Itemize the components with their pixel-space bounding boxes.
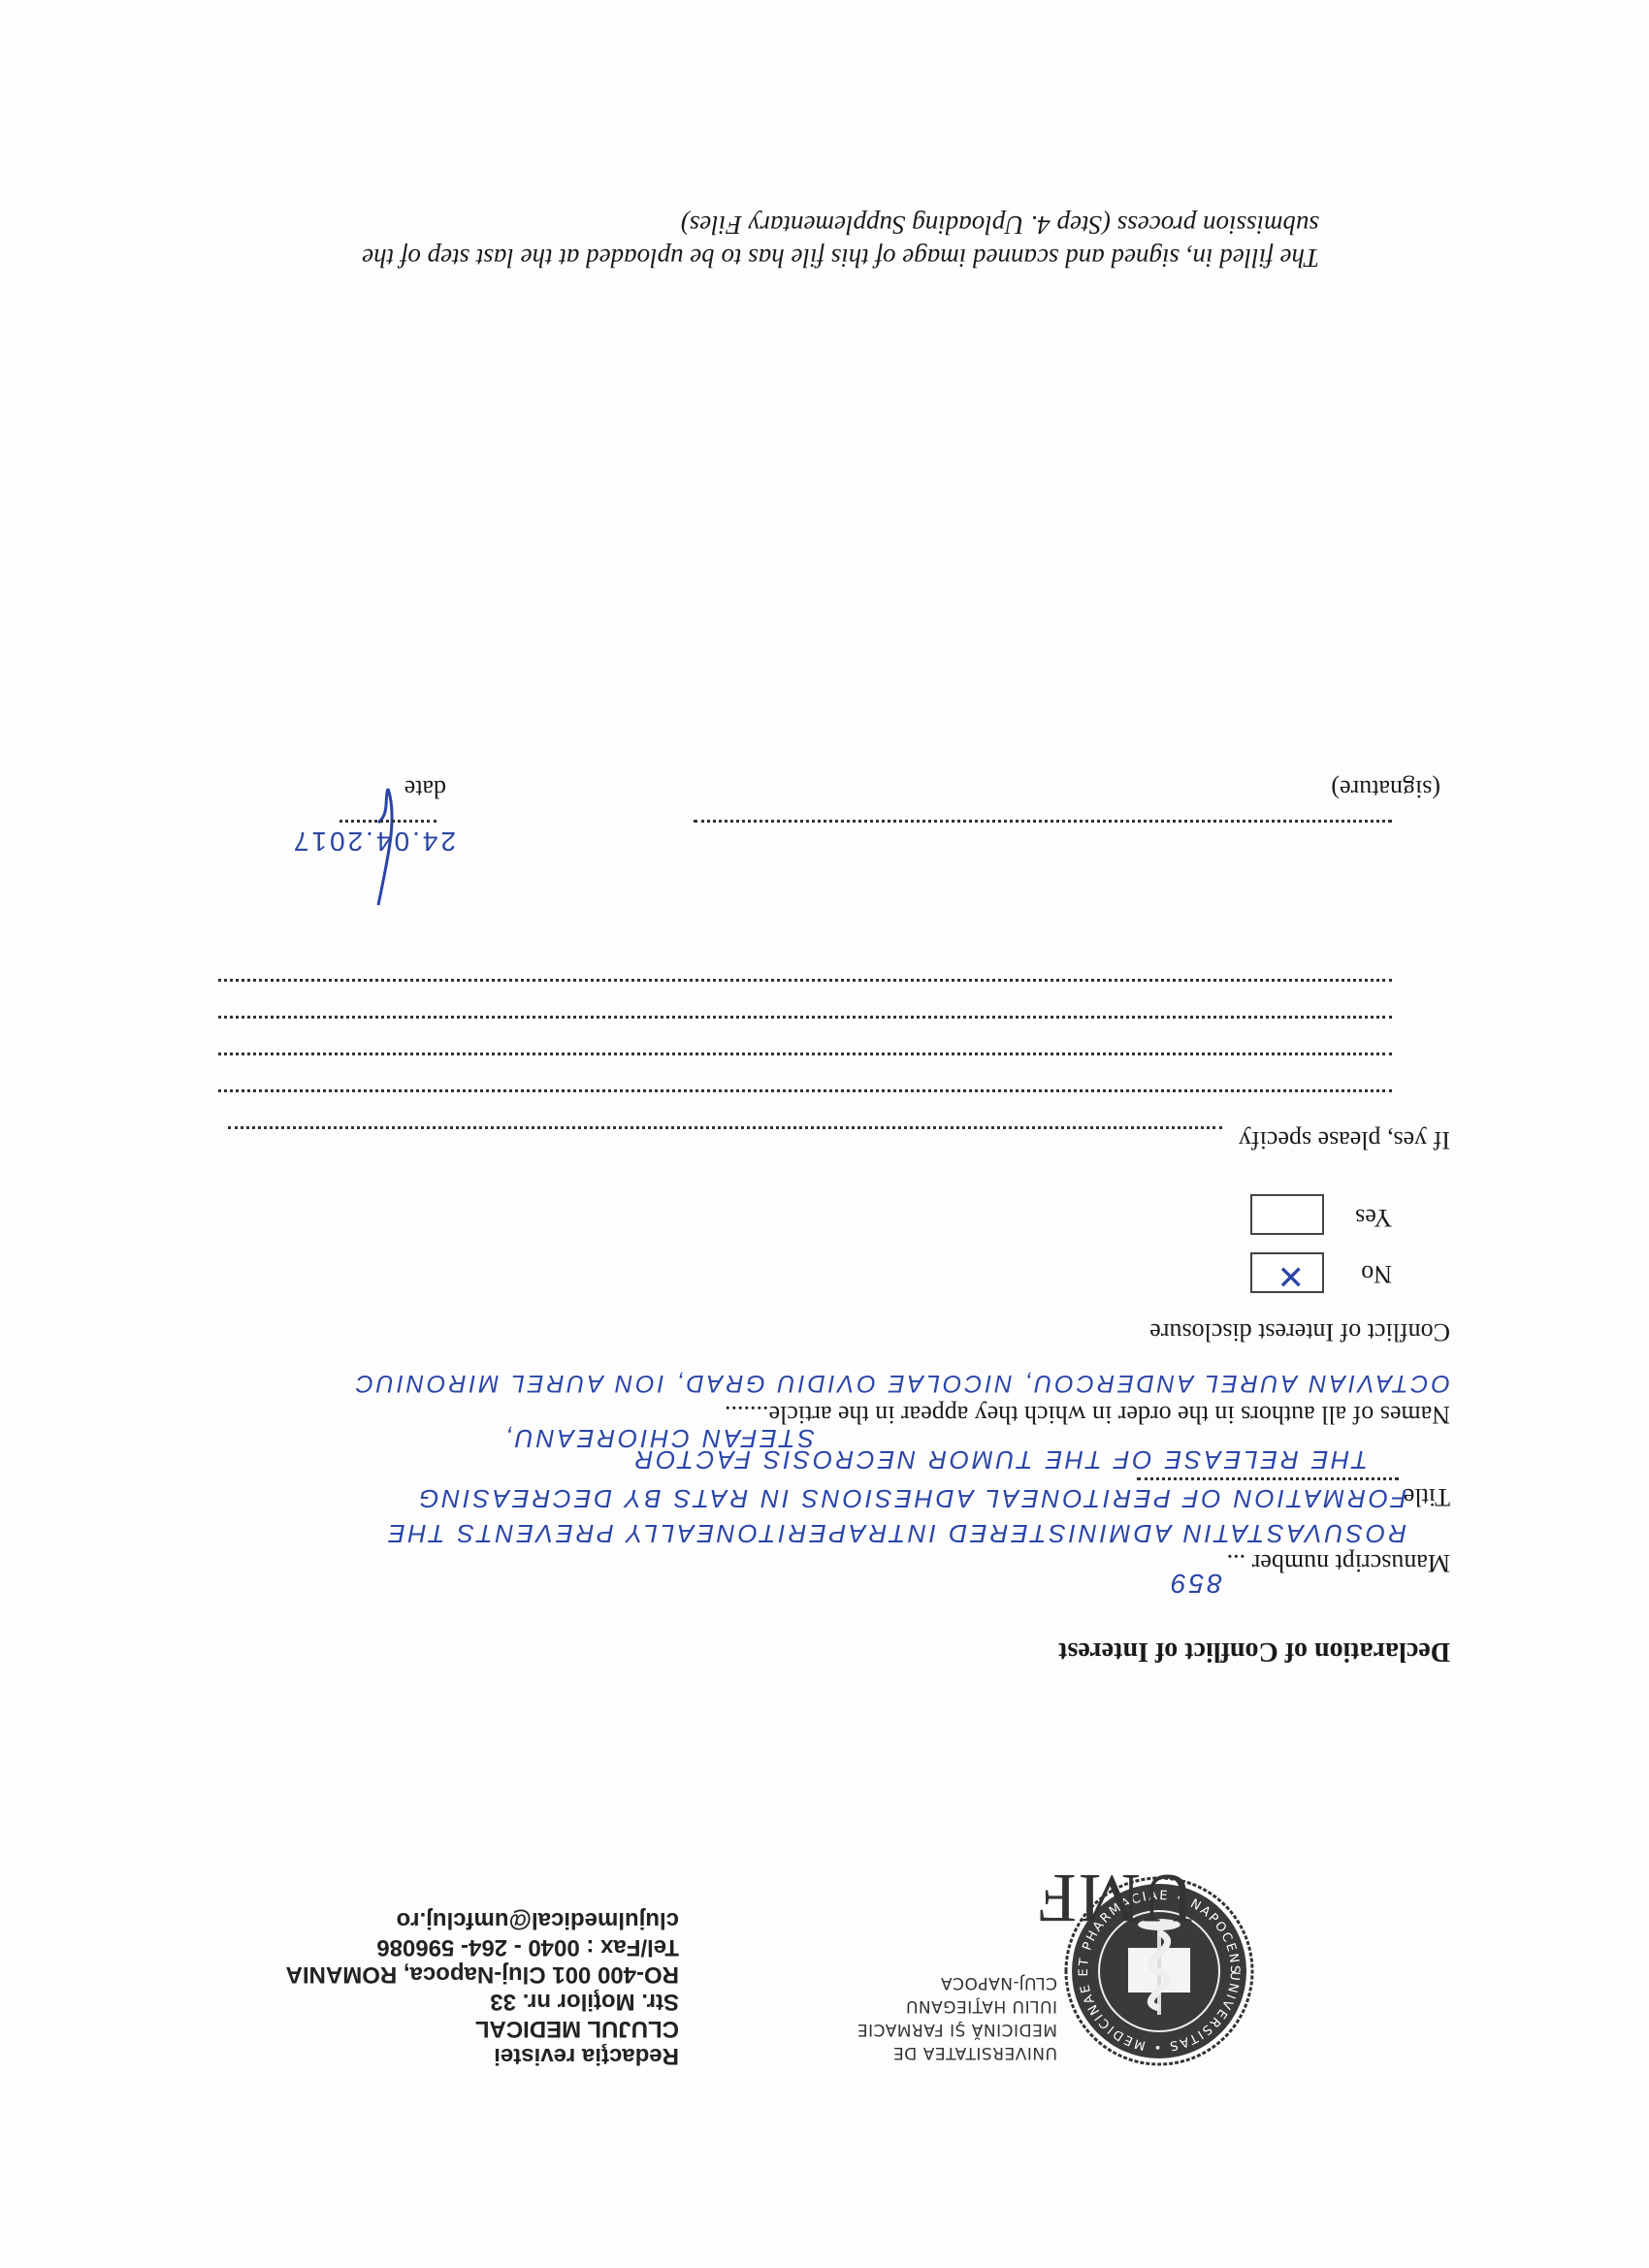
date-field[interactable] — [339, 820, 436, 823]
specify-field-line[interactable] — [218, 1016, 1392, 1019]
address-line: Str. Moţilor nr. 33 — [286, 1988, 679, 2015]
umf-logo: UMF — [1036, 1858, 1193, 1938]
university-line: UNIVERSITATEA DE — [857, 2041, 1057, 2064]
specify-field-line[interactable] — [218, 1053, 1392, 1055]
university-line: CLUJ-NAPOCA — [857, 1971, 1057, 1994]
title-line-2[interactable]: FORMATION OF PERITONEAL ADHESIONS IN RAT… — [416, 1483, 1406, 1513]
authors-label: Names of all authors in the order in whi… — [725, 1400, 1450, 1429]
title-dotted-line — [1137, 1477, 1399, 1480]
manuscript-number-field[interactable]: 859 — [1168, 1568, 1222, 1599]
manuscript-number-label: Manuscript number ... — [1227, 1548, 1450, 1577]
email-link[interactable]: clujulmedical@umfcluj.ro — [286, 1906, 679, 1933]
university-line: IULIU HAŢIEGANU — [857, 1994, 1057, 2018]
option-no-checkbox[interactable]: ✕ — [1250, 1252, 1324, 1293]
address-line: Tel/Fax : 0040 - 264- 596086 — [286, 1933, 679, 1960]
journal-address: Redacţia revistei CLUJUL MEDICAL Str. Mo… — [286, 1906, 679, 2069]
upload-instructions: The filled in, signed and scanned image … — [281, 209, 1319, 275]
signature-label: (signature) — [1331, 774, 1440, 803]
university-line: MEDICINĂ ŞI FARMACIE — [857, 2018, 1057, 2041]
authors-line-2[interactable]: OCTAVIAN AUREL ANDERCOU, NICOLAE OVIDIU … — [353, 1369, 1450, 1397]
option-yes-checkbox[interactable] — [1250, 1194, 1324, 1235]
university-name: UNIVERSITATEA DE MEDICINĂ ŞI FARMACIE IU… — [857, 1971, 1057, 2064]
title-line-1[interactable]: ROSUVASTATIN ADMINISTERED INTRAPERITONEA… — [385, 1518, 1406, 1548]
specify-field-line[interactable] — [218, 1089, 1392, 1092]
date-value[interactable]: 24.04.2017 — [291, 826, 456, 857]
option-no-label: No — [1361, 1259, 1392, 1288]
page-title: Declaration of Conflict of Interest — [1058, 1636, 1450, 1667]
specify-field[interactable] — [228, 1126, 1222, 1129]
date-label: date — [404, 774, 446, 803]
address-line: CLUJUL MEDICAL — [286, 2015, 679, 2042]
disclosure-label: Conflict of Interest disclosure — [1149, 1317, 1450, 1346]
specify-label: If yes, please specify — [1239, 1125, 1450, 1154]
title-label: Title — [1404, 1482, 1450, 1511]
signature-field[interactable] — [694, 820, 1392, 823]
address-line: RO-400 001 Cluj-Napoca, ROMANIA — [286, 1960, 679, 1988]
conflict-of-interest-form-page: UNIVERSITAS • MEDICINAE ET PHARMACIAE • … — [0, 0, 1649, 2268]
specify-field-line[interactable] — [218, 979, 1392, 982]
option-yes-label: Yes — [1355, 1203, 1392, 1232]
checkmark-x-icon: ✕ — [1277, 1256, 1306, 1295]
address-line: Redacţia revistei — [286, 2042, 679, 2069]
